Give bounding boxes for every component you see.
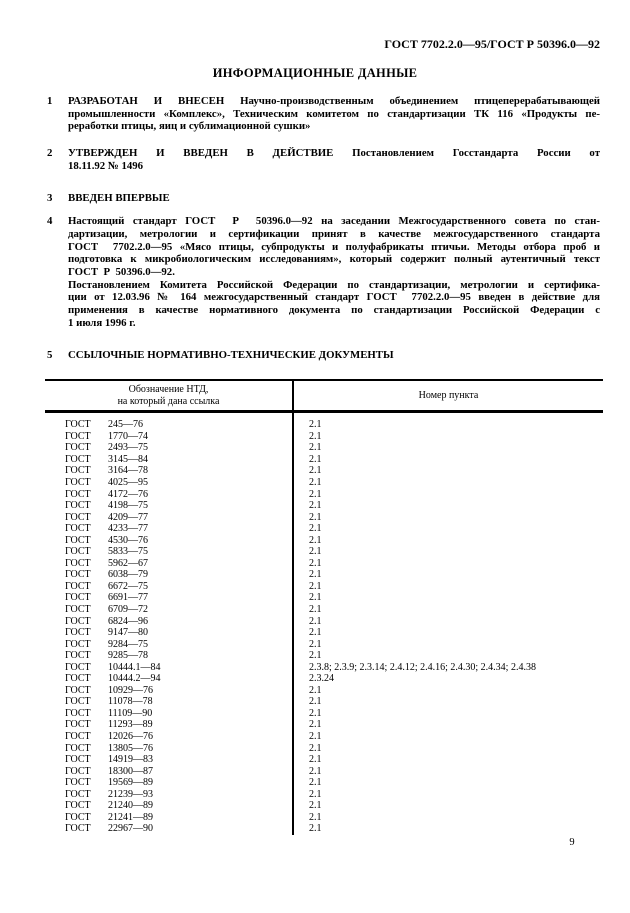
ntd-designation: ГОСТ6709—72 (45, 604, 293, 616)
ntd-number: 4209—77 (108, 512, 148, 523)
ntd-designation: ГОСТ6672—75 (45, 581, 293, 593)
section-number: 5 (47, 349, 52, 362)
text-line: ГОСТ 7702.2.0—95 «Мясо птицы, субпродукт… (68, 241, 600, 254)
ntd-org-label: ГОСТ (65, 754, 108, 766)
references-table-header: Обозначение НТД, на который дана ссылка … (45, 380, 603, 412)
ntd-designation: ГОСТ10444.2—94 (45, 673, 293, 685)
ntd-number: 6038—79 (108, 569, 148, 580)
ntd-designation: ГОСТ3164—78 (45, 465, 293, 477)
ntd-designation: ГОСТ19569—89 (45, 777, 293, 789)
ntd-number: 4233—77 (108, 523, 148, 534)
ntd-org-label: ГОСТ (65, 489, 108, 501)
table-row: ГОСТ9147—802.1 (45, 627, 603, 639)
ntd-org-label: ГОСТ (65, 823, 108, 835)
ntd-designation: ГОСТ4209—77 (45, 512, 293, 524)
ntd-org-label: ГОСТ (65, 419, 108, 431)
ntd-number: 9147—80 (108, 627, 148, 638)
ntd-org-label: ГОСТ (65, 650, 108, 662)
ntd-designation: ГОСТ14919—83 (45, 754, 293, 766)
section-paragraph: РАЗРАБОТАН И ВНЕСЕН Научно-производствен… (68, 95, 600, 133)
punkt-number: 2.1 (293, 523, 603, 535)
punkt-number: 2.1 (293, 604, 603, 616)
ntd-designation: ГОСТ22967—90 (45, 823, 293, 835)
column-header-line: на который дана ссылка (45, 396, 292, 408)
ntd-designation: ГОСТ4025—95 (45, 477, 293, 489)
punkt-number: 2.1 (293, 431, 603, 443)
ntd-designation: ГОСТ5833—75 (45, 546, 293, 558)
section-4-adoption-note: 4 Настоящий стандарт ГОСТ Р 50396.0—92 н… (45, 215, 600, 329)
ntd-org-label: ГОСТ (65, 662, 108, 674)
ntd-number: 4172—76 (108, 489, 148, 500)
text-line: РАЗРАБОТАН И ВНЕСЕН Научно-производствен… (68, 95, 600, 108)
section-1-developed: 1 РАЗРАБОТАН И ВНЕСЕН Научно-производств… (45, 95, 600, 133)
document-page: ГОСТ 7702.2.0—95/ГОСТ Р 50396.0—92 ИНФОР… (0, 0, 630, 913)
text-line: Настоящий стандарт ГОСТ Р 50396.0—92 на … (68, 215, 600, 228)
section-paragraph: ССЫЛОЧНЫЕ НОРМАТИВНО-ТЕХНИЧЕСКИЕ ДОКУМЕН… (68, 349, 600, 362)
ntd-org-label: ГОСТ (65, 673, 108, 685)
ntd-designation: ГОСТ4233—77 (45, 523, 293, 535)
table-row: ГОСТ14919—832.1 (45, 754, 603, 766)
ntd-org-label: ГОСТ (65, 800, 108, 812)
ntd-designation: ГОСТ4530—76 (45, 535, 293, 547)
table-row: ГОСТ6038—792.1 (45, 569, 603, 581)
ntd-org-label: ГОСТ (65, 442, 108, 454)
text-line: ГОСТ Р 50396.0—92. (68, 266, 600, 279)
ntd-org-label: ГОСТ (65, 789, 108, 801)
punkt-number: 2.3.8; 2.3.9; 2.3.14; 2.4.12; 2.4.16; 2.… (293, 662, 603, 674)
text-line: УТВЕРЖДЕН И ВВЕДЕН В ДЕЙСТВИЕ Постановле… (68, 147, 600, 160)
ntd-org-label: ГОСТ (65, 731, 108, 743)
ntd-org-label: ГОСТ (65, 431, 108, 443)
table-row: ГОСТ12026—762.1 (45, 731, 603, 743)
ntd-org-label: ГОСТ (65, 454, 108, 466)
ntd-number: 10929—76 (108, 685, 153, 696)
ntd-org-label: ГОСТ (65, 569, 108, 581)
ntd-number: 4530—76 (108, 535, 148, 546)
punkt-number: 2.1 (293, 558, 603, 570)
ntd-org-label: ГОСТ (65, 627, 108, 639)
table-row: ГОСТ9285—782.1 (45, 650, 603, 662)
ntd-designation: ГОСТ21240—89 (45, 800, 293, 812)
column-header-punkt: Номер пункта (293, 380, 603, 412)
punkt-number: 2.1 (293, 477, 603, 489)
table-row: ГОСТ2493—752.1 (45, 442, 603, 454)
ntd-number: 9284—75 (108, 639, 148, 650)
table-row: ГОСТ13805—762.1 (45, 743, 603, 755)
text-line: ВВЕДЕН ВПЕРВЫЕ (68, 192, 600, 205)
text-line: применения в качестве нормативного докум… (68, 304, 600, 317)
ntd-org-label: ГОСТ (65, 535, 108, 547)
table-row: ГОСТ4198—752.1 (45, 500, 603, 512)
punkt-number: 2.1 (293, 454, 603, 466)
ntd-designation: ГОСТ5962—67 (45, 558, 293, 570)
ntd-number: 18300—87 (108, 766, 153, 777)
ntd-number: 21241—89 (108, 812, 153, 823)
punkt-number: 2.1 (293, 777, 603, 789)
text-line: ции от 12.03.96 № 164 межгосударственный… (68, 291, 600, 304)
punkt-number: 2.1 (293, 489, 603, 501)
table-row: ГОСТ11078—782.1 (45, 696, 603, 708)
punkt-number: 2.1 (293, 581, 603, 593)
punkt-number: 2.1 (293, 442, 603, 454)
punkt-number: 2.1 (293, 639, 603, 651)
ntd-org-label: ГОСТ (65, 685, 108, 697)
section-paragraph: УТВЕРЖДЕН И ВВЕДЕН В ДЕЙСТВИЕ Постановле… (68, 147, 600, 172)
ntd-number: 6691—77 (108, 592, 148, 603)
section-2-approved: 2 УТВЕРЖДЕН И ВВЕДЕН В ДЕЙСТВИЕ Постанов… (45, 147, 600, 172)
punkt-number: 2.1 (293, 754, 603, 766)
section-number: 4 (47, 215, 52, 228)
ntd-org-label: ГОСТ (65, 604, 108, 616)
ntd-designation: ГОСТ18300—87 (45, 766, 293, 778)
ntd-number: 1770—74 (108, 431, 148, 442)
ntd-number: 13805—76 (108, 743, 153, 754)
ntd-designation: ГОСТ11109—90 (45, 708, 293, 720)
punkt-number: 2.1 (293, 627, 603, 639)
section-paragraph: ВВЕДЕН ВПЕРВЫЕ (68, 192, 600, 205)
table-row: ГОСТ10444.1—842.3.8; 2.3.9; 2.3.14; 2.4.… (45, 662, 603, 674)
ntd-designation: ГОСТ4198—75 (45, 500, 293, 512)
ntd-org-label: ГОСТ (65, 777, 108, 789)
punkt-number: 2.1 (293, 535, 603, 547)
table-row: ГОСТ4172—762.1 (45, 489, 603, 501)
ntd-org-label: ГОСТ (65, 500, 108, 512)
text-line: подготовка к микробиологическим исследов… (68, 253, 600, 266)
table-row: ГОСТ11109—902.1 (45, 708, 603, 720)
ntd-designation: ГОСТ4172—76 (45, 489, 293, 501)
table-row: ГОСТ4025—952.1 (45, 477, 603, 489)
ntd-org-label: ГОСТ (65, 512, 108, 524)
ntd-org-label: ГОСТ (65, 616, 108, 628)
ntd-designation: ГОСТ9285—78 (45, 650, 293, 662)
text-line: дартизации, метрологии и сертификации пр… (68, 228, 600, 241)
text-line: реработки птицы, яиц и сублимационной су… (68, 120, 600, 133)
ntd-number: 19569—89 (108, 777, 153, 788)
ntd-designation: ГОСТ9147—80 (45, 627, 293, 639)
text-line: Постановлением Комитета Российской Федер… (68, 279, 600, 292)
ntd-org-label: ГОСТ (65, 546, 108, 558)
text-line: ССЫЛОЧНЫЕ НОРМАТИВНО-ТЕХНИЧЕСКИЕ ДОКУМЕН… (68, 349, 600, 362)
punkt-number: 2.1 (293, 512, 603, 524)
table-row: ГОСТ245—762.1 (45, 412, 603, 431)
punkt-number: 2.1 (293, 685, 603, 697)
ntd-number: 3164—78 (108, 465, 148, 476)
ntd-designation: ГОСТ12026—76 (45, 731, 293, 743)
ntd-org-label: ГОСТ (65, 812, 108, 824)
page-number: 9 (560, 837, 584, 848)
section-5-reference-documents: 5 ССЫЛОЧНЫЕ НОРМАТИВНО-ТЕХНИЧЕСКИЕ ДОКУМ… (45, 349, 600, 362)
ntd-number: 4025—95 (108, 477, 148, 488)
section-3-first-introduced: 3 ВВЕДЕН ВПЕРВЫЕ (45, 192, 600, 205)
document-code: ГОСТ 7702.2.0—95/ГОСТ Р 50396.0—92 (0, 37, 600, 52)
table-row: ГОСТ4530—762.1 (45, 535, 603, 547)
ntd-number: 14919—83 (108, 754, 153, 765)
ntd-number: 4198—75 (108, 500, 148, 511)
ntd-number: 5833—75 (108, 546, 148, 557)
table-row: ГОСТ21240—892.1 (45, 800, 603, 812)
punkt-number: 2.1 (293, 412, 603, 431)
ntd-designation: ГОСТ21241—89 (45, 812, 293, 824)
ntd-designation: ГОСТ6691—77 (45, 592, 293, 604)
section-number: 3 (47, 192, 52, 205)
table-row: ГОСТ19569—892.1 (45, 777, 603, 789)
ntd-org-label: ГОСТ (65, 766, 108, 778)
punkt-number: 2.1 (293, 743, 603, 755)
table-row: ГОСТ4209—772.1 (45, 512, 603, 524)
ntd-designation: ГОСТ245—76 (45, 412, 293, 431)
text-line: промышленности «Комплекс», Техническим к… (68, 108, 600, 121)
references-table: Обозначение НТД, на который дана ссылка … (45, 379, 603, 835)
ntd-number: 12026—76 (108, 731, 153, 742)
ntd-designation: ГОСТ2493—75 (45, 442, 293, 454)
ntd-org-label: ГОСТ (65, 465, 108, 477)
ntd-org-label: ГОСТ (65, 477, 108, 489)
table-row: ГОСТ6824—962.1 (45, 616, 603, 628)
ntd-org-label: ГОСТ (65, 639, 108, 651)
ntd-designation: ГОСТ11293—89 (45, 719, 293, 731)
ntd-org-label: ГОСТ (65, 696, 108, 708)
table-row: ГОСТ1770—742.1 (45, 431, 603, 443)
ntd-org-label: ГОСТ (65, 708, 108, 720)
table-row: ГОСТ9284—752.1 (45, 639, 603, 651)
ntd-designation: ГОСТ10929—76 (45, 685, 293, 697)
table-row: ГОСТ11293—892.1 (45, 719, 603, 731)
ntd-number: 245—76 (108, 419, 143, 430)
table-row: ГОСТ6709—722.1 (45, 604, 603, 616)
ntd-number: 3145—84 (108, 454, 148, 465)
ntd-designation: ГОСТ21239—93 (45, 789, 293, 801)
ntd-org-label: ГОСТ (65, 581, 108, 593)
table-row: ГОСТ18300—872.1 (45, 766, 603, 778)
punkt-number: 2.1 (293, 731, 603, 743)
punkt-number: 2.1 (293, 592, 603, 604)
ntd-org-label: ГОСТ (65, 743, 108, 755)
table-row: ГОСТ22967—902.1 (45, 823, 603, 835)
punkt-number: 2.1 (293, 823, 603, 835)
punkt-number: 2.1 (293, 719, 603, 731)
ntd-designation: ГОСТ6824—96 (45, 616, 293, 628)
table-row: ГОСТ5962—672.1 (45, 558, 603, 570)
table-row: ГОСТ3145—842.1 (45, 454, 603, 466)
section-paragraph: Постановлением Комитета Российской Федер… (68, 279, 600, 330)
table-row: ГОСТ5833—752.1 (45, 546, 603, 558)
punkt-number: 2.1 (293, 766, 603, 778)
punkt-number: 2.1 (293, 650, 603, 662)
ntd-number: 22967—90 (108, 823, 153, 834)
references-table-body: ГОСТ245—762.1ГОСТ1770—742.1ГОСТ2493—752.… (45, 412, 603, 835)
page-title: ИНФОРМАЦИОННЫЕ ДАННЫЕ (0, 66, 630, 81)
punkt-number: 2.3.24 (293, 673, 603, 685)
ntd-designation: ГОСТ6038—79 (45, 569, 293, 581)
ntd-number: 11078—78 (108, 696, 153, 707)
ntd-number: 11293—89 (108, 719, 153, 730)
punkt-number: 2.1 (293, 800, 603, 812)
section-number: 2 (47, 147, 52, 160)
punkt-number: 2.1 (293, 546, 603, 558)
section-paragraph: Настоящий стандарт ГОСТ Р 50396.0—92 на … (68, 215, 600, 279)
table-row: ГОСТ3164—782.1 (45, 465, 603, 477)
table-row: ГОСТ21239—932.1 (45, 789, 603, 801)
ntd-org-label: ГОСТ (65, 523, 108, 535)
punkt-number: 2.1 (293, 812, 603, 824)
punkt-number: 2.1 (293, 696, 603, 708)
table-row: ГОСТ6672—752.1 (45, 581, 603, 593)
ntd-designation: ГОСТ13805—76 (45, 743, 293, 755)
ntd-org-label: ГОСТ (65, 719, 108, 731)
punkt-number: 2.1 (293, 789, 603, 801)
ntd-number: 10444.2—94 (108, 673, 161, 684)
text-line: 1 июля 1996 г. (68, 317, 600, 330)
ntd-number: 9285—78 (108, 650, 148, 661)
punkt-number: 2.1 (293, 500, 603, 512)
ntd-designation: ГОСТ10444.1—84 (45, 662, 293, 674)
ntd-number: 11109—90 (108, 708, 152, 719)
table-row: ГОСТ10929—762.1 (45, 685, 603, 697)
ntd-org-label: ГОСТ (65, 558, 108, 570)
table-row: ГОСТ21241—892.1 (45, 812, 603, 824)
table-row: ГОСТ6691—772.1 (45, 592, 603, 604)
ntd-number: 5962—67 (108, 558, 148, 569)
ntd-number: 2493—75 (108, 442, 148, 453)
document-body: 1 РАЗРАБОТАН И ВНЕСЕН Научно-производств… (45, 95, 600, 835)
column-header-line: Обозначение НТД, (45, 384, 292, 396)
text-line: 18.11.92 № 1496 (68, 160, 600, 173)
ntd-designation: ГОСТ3145—84 (45, 454, 293, 466)
table-row: ГОСТ10444.2—942.3.24 (45, 673, 603, 685)
punkt-number: 2.1 (293, 569, 603, 581)
punkt-number: 2.1 (293, 616, 603, 628)
ntd-number: 10444.1—84 (108, 662, 161, 673)
punkt-number: 2.1 (293, 465, 603, 477)
ntd-designation: ГОСТ9284—75 (45, 639, 293, 651)
ntd-org-label: ГОСТ (65, 592, 108, 604)
ntd-number: 21240—89 (108, 800, 153, 811)
ntd-number: 6709—72 (108, 604, 148, 615)
punkt-number: 2.1 (293, 708, 603, 720)
ntd-number: 6824—96 (108, 616, 148, 627)
ntd-number: 6672—75 (108, 581, 148, 592)
ntd-designation: ГОСТ11078—78 (45, 696, 293, 708)
column-header-ntd: Обозначение НТД, на который дана ссылка (45, 380, 293, 412)
ntd-designation: ГОСТ1770—74 (45, 431, 293, 443)
section-number: 1 (47, 95, 52, 108)
table-row: ГОСТ4233—772.1 (45, 523, 603, 535)
ntd-number: 21239—93 (108, 789, 153, 800)
